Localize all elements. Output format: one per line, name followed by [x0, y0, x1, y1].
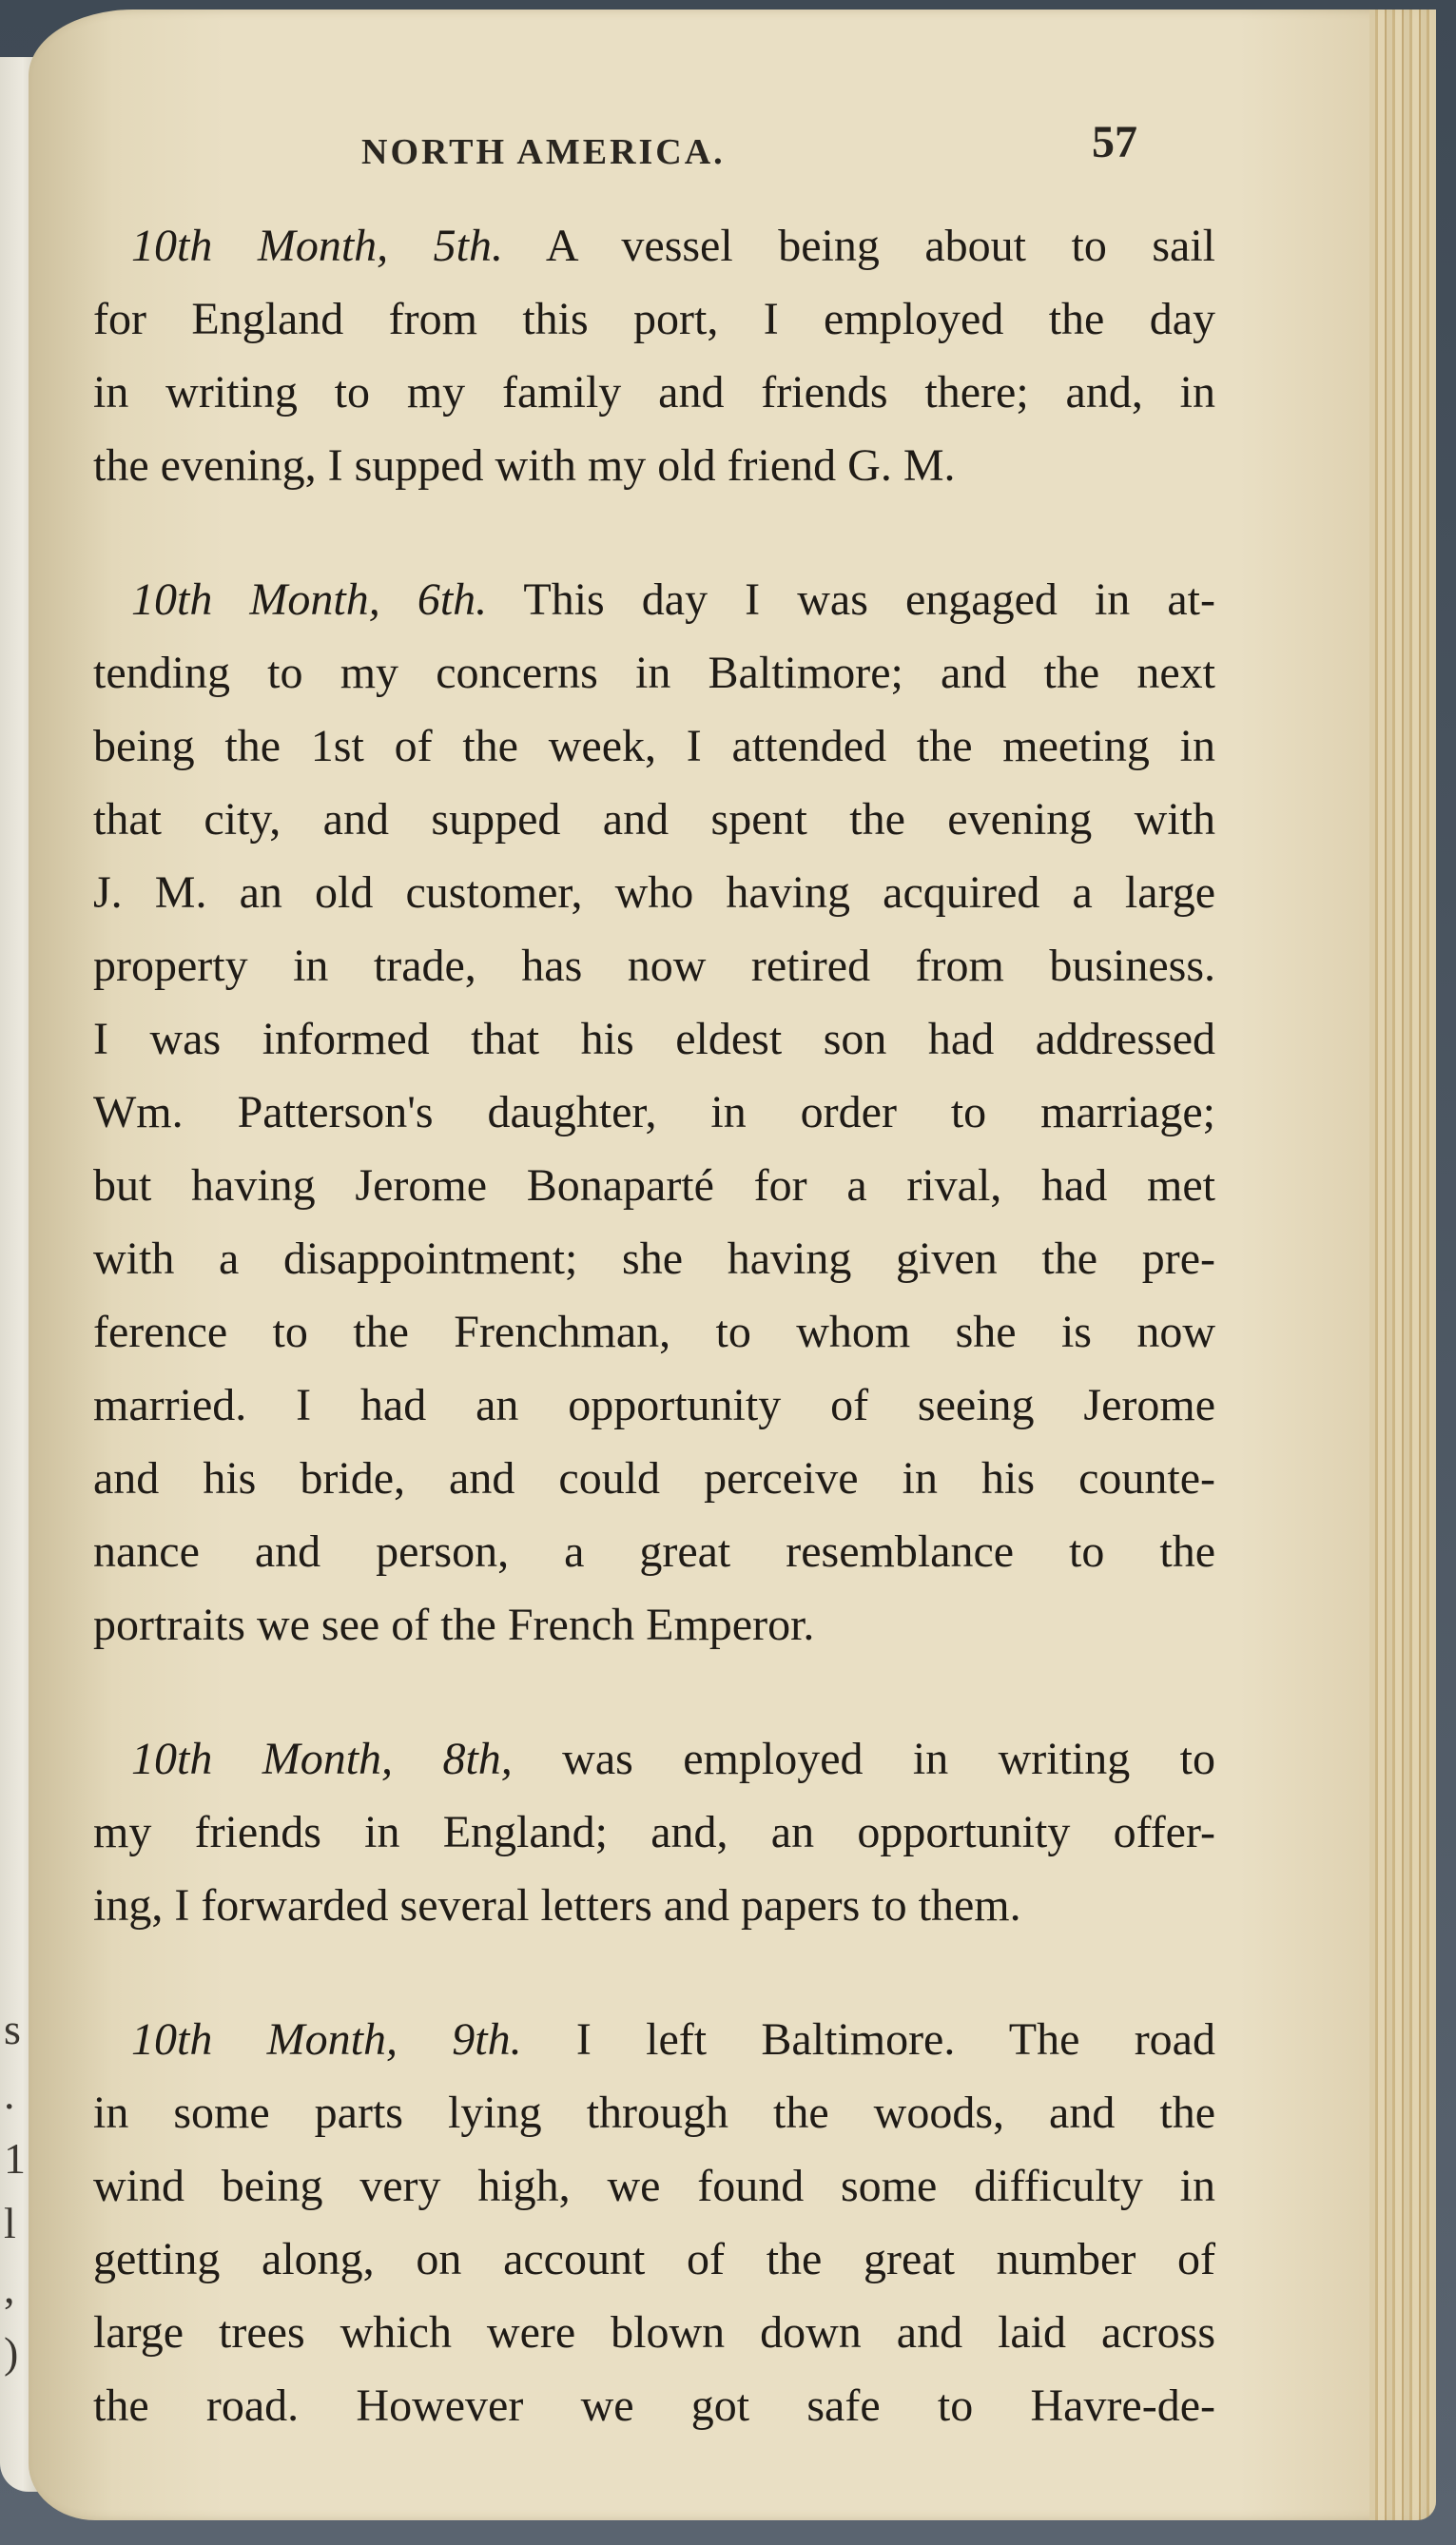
diary-entry: 10th Month, 5th. A vessel being about to… [93, 209, 1215, 502]
entry-date: 10th Month, 5th. [131, 221, 503, 271]
text-line: the evening, I supped with my old friend… [93, 429, 1215, 502]
text-line: for England from this port, I employed t… [93, 282, 1215, 356]
body-text: 10th Month, 5th. A vessel being about to… [93, 209, 1215, 2503]
text-line: 10th Month, 9th. I left Baltimore. The r… [93, 2003, 1215, 2076]
text-line: being the 1st of the week, I attended th… [93, 709, 1215, 783]
text-line: 10th Month, 6th. This day I was engaged … [93, 563, 1215, 636]
text-line: property in trade, has now retired from … [93, 929, 1215, 1002]
text-line: in some parts lying through the woods, a… [93, 2076, 1215, 2149]
text-line: Wm. Patterson's daughter, in order to ma… [93, 1076, 1215, 1149]
text-line: married. I had an opportunity of seeing … [93, 1369, 1215, 1442]
text-line: that city, and supped and spent the even… [93, 783, 1215, 856]
page-fore-edge [1369, 10, 1436, 2520]
text-line: ference to the Frenchman, to whom she is… [93, 1295, 1215, 1369]
page-number: 57 [1092, 116, 1137, 168]
entry-date: 10th Month, 8th, [131, 1734, 513, 1784]
diary-entry: 10th Month, 6th. This day I was engaged … [93, 563, 1215, 1661]
text-line: and his bride, and could perceive in his… [93, 1442, 1215, 1515]
text-line: with a disappointment; she having given … [93, 1222, 1215, 1295]
text-line: ing, I forwarded several letters and pap… [93, 1869, 1215, 1942]
text-line: 10th Month, 5th. A vessel being about to… [93, 209, 1215, 282]
text-line: but having Jerome Bonaparté for a rival,… [93, 1149, 1215, 1222]
text-line: wind being very high, we found some diff… [93, 2149, 1215, 2223]
running-head: North America. [361, 131, 726, 173]
text-line: large trees which were blown down and la… [93, 2296, 1215, 2369]
text-line: J. M. an old customer, who having acquir… [93, 856, 1215, 929]
text-line: I was informed that his eldest son had a… [93, 1002, 1215, 1076]
text-line: the road. However we got safe to Havre-d… [93, 2369, 1215, 2442]
text-line: nance and person, a great resemblance to… [93, 1515, 1215, 1588]
entry-date: 10th Month, 9th. [131, 2014, 522, 2065]
book-page: North America. 57 10th Month, 5th. A ves… [29, 10, 1436, 2520]
text-line: in writing to my family and friends ther… [93, 356, 1215, 429]
text-line: my friends in England; and, an opportuni… [93, 1796, 1215, 1869]
text-line: getting along, on account of the great n… [93, 2223, 1215, 2296]
text-line: 10th Month, 8th, was employed in writing… [93, 1722, 1215, 1796]
diary-entry: 10th Month, 8th, was employed in writing… [93, 1722, 1215, 1942]
diary-entry: 10th Month, 9th. I left Baltimore. The r… [93, 2003, 1215, 2442]
entry-date: 10th Month, 6th. [131, 574, 487, 625]
text-line: tending to my concerns in Baltimore; and… [93, 636, 1215, 709]
text-line: portraits we see of the French Emperor. [93, 1588, 1215, 1661]
